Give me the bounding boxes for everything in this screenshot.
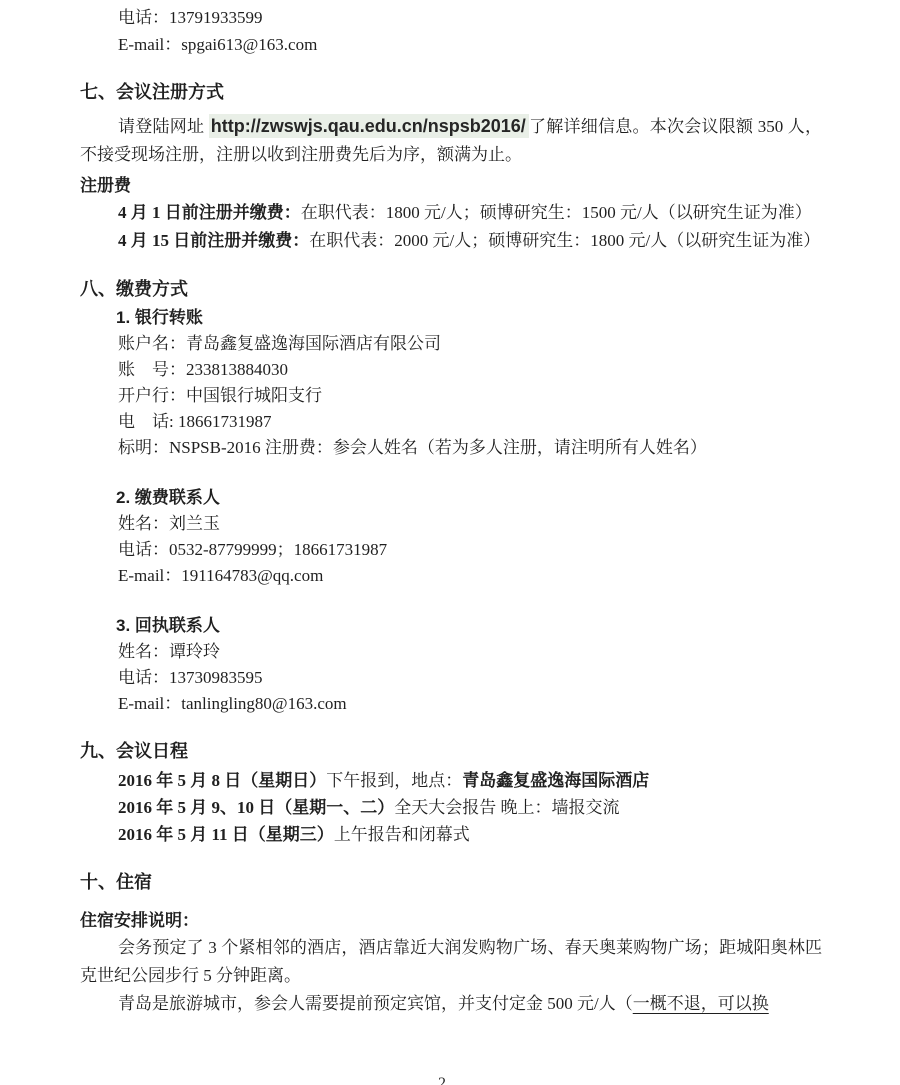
fee-deadline-2-paragraph: 4 月 15 日前注册并缴费：在职代表：2000 元/人；硕博研究生：1800 …	[80, 227, 822, 255]
payment-contact-heading: 2. 缴费联系人	[116, 485, 822, 511]
deposit-text: 青岛是旅游城市，参会人需要提前预定宾馆，并支付定金 500 元/人（	[118, 994, 633, 1013]
schedule-day-2: 2016 年 5 月 9、10 日（星期一、二）全天大会报告 晚上：墙报交流	[118, 794, 822, 821]
section-10-heading: 十、住宿	[80, 870, 822, 894]
contact-email-line: E-mail：spgai613@163.com	[118, 31, 822, 58]
schedule-day-3-activity: 上午报告和闭幕式	[334, 825, 470, 844]
schedule-day-2-date: 2016 年 5 月 9、10 日（星期一、二）	[118, 798, 394, 817]
schedule-day-1-venue: 青岛鑫复盛逸海国际酒店	[462, 771, 649, 790]
section-7-heading: 七、会议注册方式	[80, 80, 822, 104]
document-body: 电话：13791933599 E-mail：spgai613@163.com 七…	[0, 0, 900, 1018]
payment-contact-name: 姓名：刘兰玉	[118, 511, 822, 537]
registration-fee-label: 注册费	[80, 173, 822, 199]
schedule-day-1: 2016 年 5 月 8 日（星期日）下午报到，地点：青岛鑫复盛逸海国际酒店	[118, 767, 822, 794]
bank-account-name: 账户名：青岛鑫复盛逸海国际酒店有限公司	[118, 331, 822, 357]
bank-account-number: 账 号：233813884030	[118, 357, 822, 383]
receipt-contact-phone: 电话：13730983595	[118, 665, 822, 691]
page-number: 2	[438, 1075, 446, 1085]
intro-text-before-url: 请登陆网址	[118, 117, 209, 136]
receipt-contact-name: 姓名：谭玲玲	[118, 639, 822, 665]
fee-deadline-1-paragraph: 4 月 1 日前注册并缴费：在职代表：1800 元/人；硕博研究生：1500 元…	[80, 199, 822, 227]
payment-contact-email: E-mail：191164783@qq.com	[118, 563, 822, 589]
receipt-contact-email: E-mail：tanlingling80@163.com	[118, 691, 822, 717]
bank-transfer-note: 标明：NSPSB-2016 注册费：参会人姓名（若为多人注册，请注明所有人姓名）	[118, 435, 822, 461]
contact-phone-line: 电话：13791933599	[118, 4, 822, 31]
non-refundable-underlined-text: 一概不退，可以换	[633, 994, 769, 1013]
bank-branch: 开户行：中国银行城阳支行	[118, 383, 822, 409]
schedule-day-1-date: 2016 年 5 月 8 日（星期日）	[118, 771, 326, 790]
section-8-heading: 八、缴费方式	[80, 277, 822, 301]
schedule-day-3: 2016 年 5 月 11 日（星期三）上午报告和闭幕式	[118, 821, 822, 848]
conference-url-link[interactable]: http://zwswjs.qau.edu.cn/nspsb2016/	[209, 114, 529, 138]
accommodation-paragraph-1: 会务预定了 3 个紧相邻的酒店，酒店靠近大润发购物广场、春天奥莱购物广场；距城阳…	[80, 934, 822, 990]
document-page: { "colors":{ "highlight":"#e9efe7", "tex…	[0, 0, 900, 1085]
previous-section-contact: 电话：13791933599 E-mail：spgai613@163.com	[80, 4, 822, 58]
section-9-heading: 九、会议日程	[80, 739, 822, 763]
accommodation-note-heading: 住宿安排说明：	[80, 908, 822, 934]
fee-deadline-1-detail: 在职代表：1800 元/人；硕博研究生：1500 元/人（以研究生证为准）	[301, 203, 812, 222]
schedule-day-2-activity: 全天大会报告 晚上：墙报交流	[394, 798, 619, 817]
receipt-contact-heading: 3. 回执联系人	[116, 613, 822, 639]
bank-transfer-heading: 1. 银行转账	[116, 305, 822, 331]
registration-intro-paragraph: 请登陆网址 http://zwswjs.qau.edu.cn/nspsb2016…	[80, 112, 822, 169]
fee-deadline-1-date: 4 月 1 日前注册并缴费：	[118, 203, 301, 222]
accommodation-paragraph-2: 青岛是旅游城市，参会人需要提前预定宾馆，并支付定金 500 元/人（一概不退，可…	[80, 990, 822, 1018]
schedule-day-3-date: 2016 年 5 月 11 日（星期三）	[118, 825, 334, 844]
fee-deadline-2-detail: 在职代表：2000 元/人；硕博研究生：1800 元/人（以研究生证为准）	[309, 231, 820, 250]
fee-deadline-2-date: 4 月 15 日前注册并缴费：	[118, 231, 309, 250]
bank-phone: 电 话: 18661731987	[118, 409, 822, 435]
schedule-day-1-activity: 下午报到，地点：	[326, 771, 462, 790]
payment-contact-phone: 电话：0532-87799999；18661731987	[118, 537, 822, 563]
